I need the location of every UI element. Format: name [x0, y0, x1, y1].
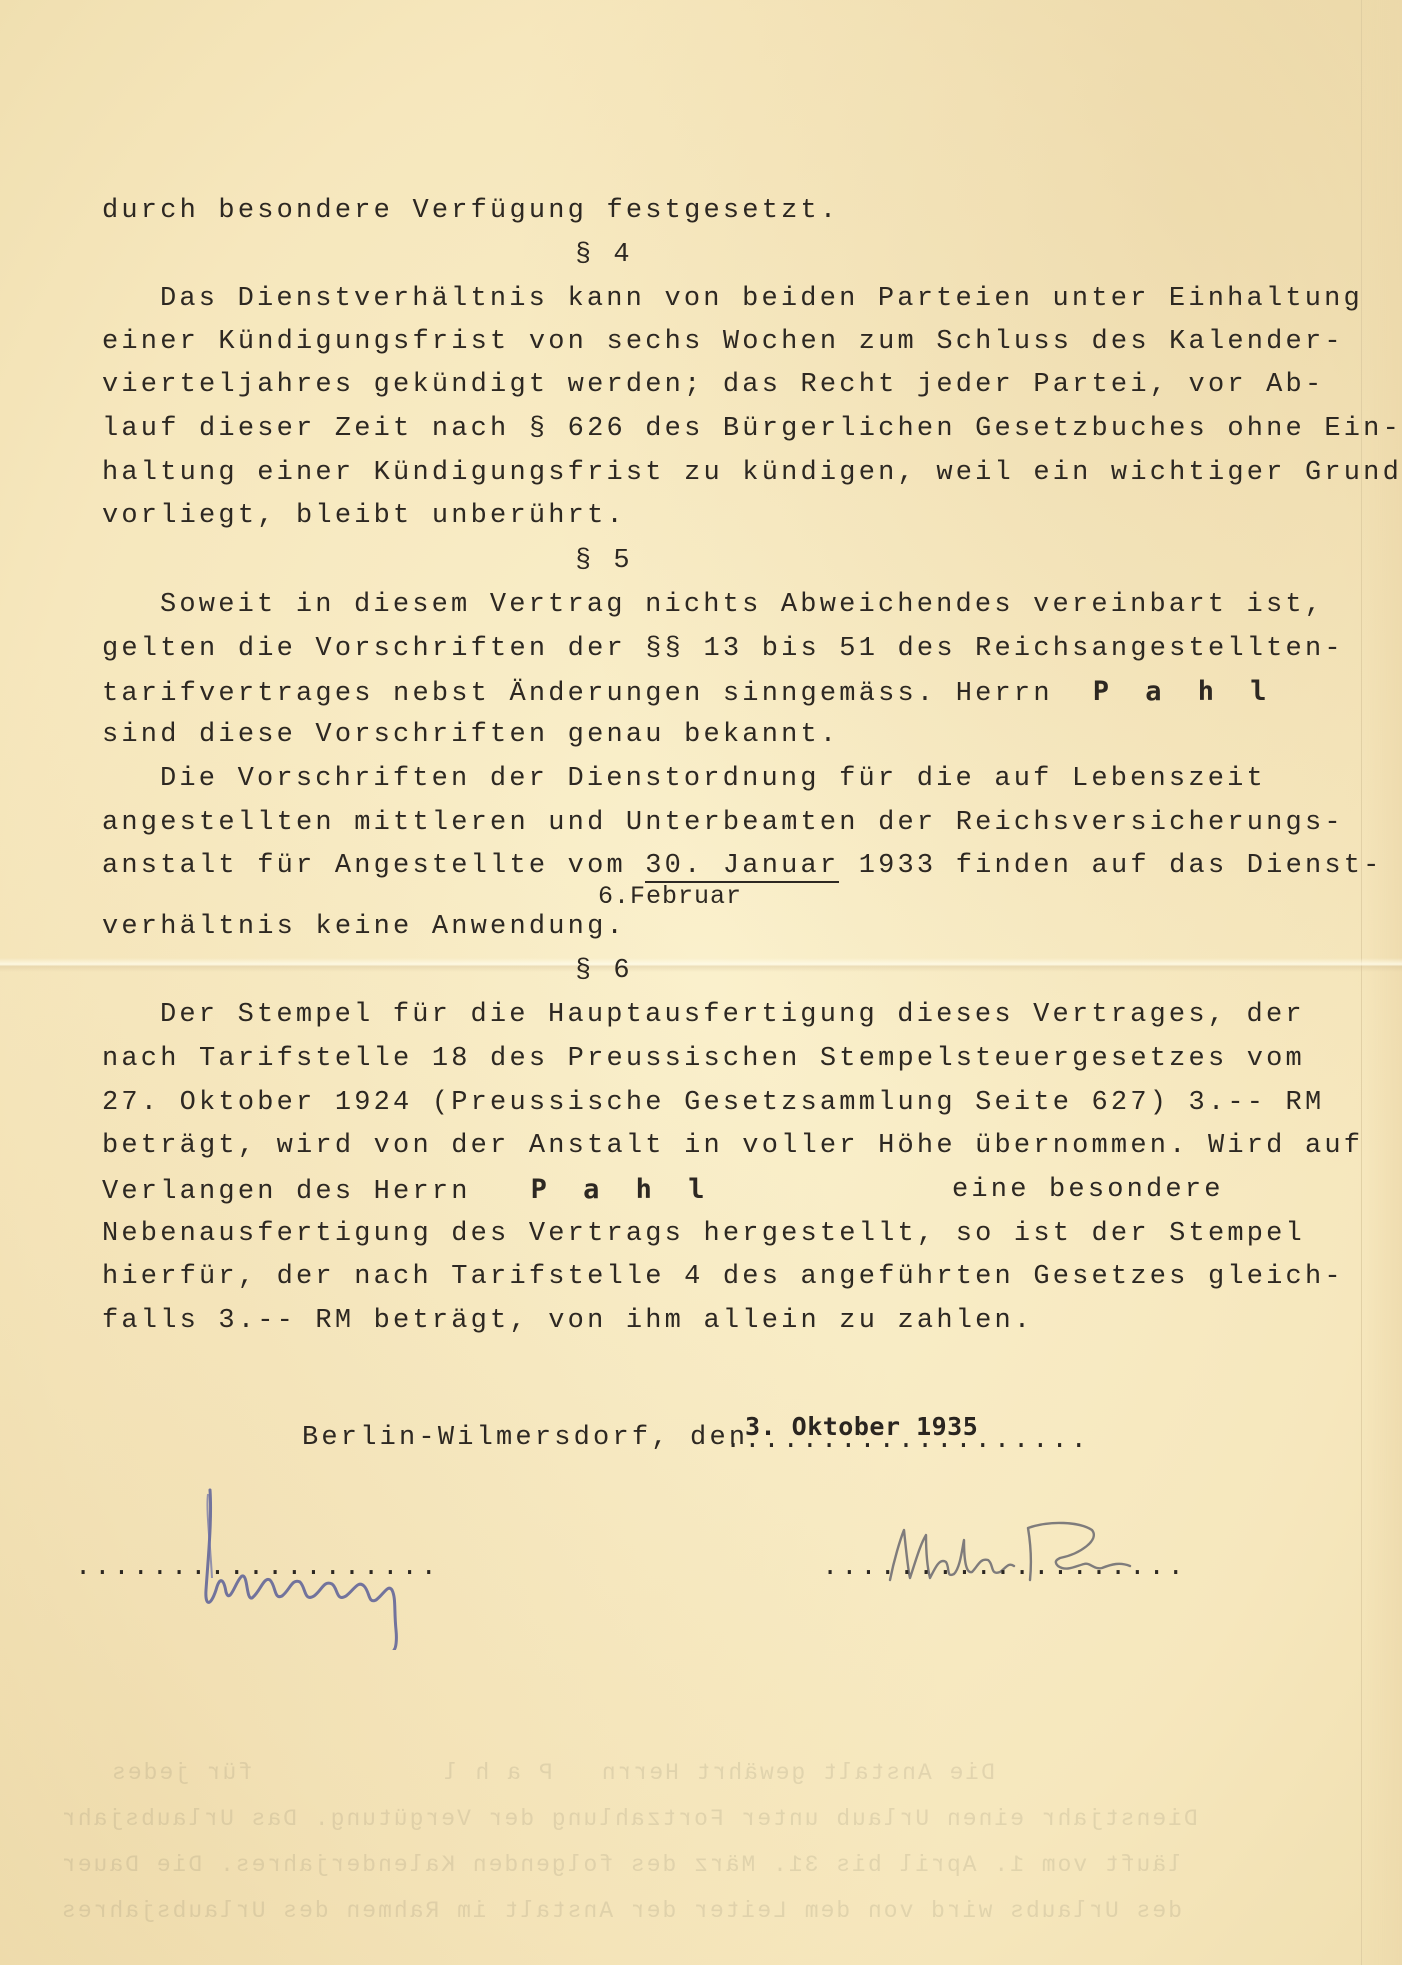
continuation-line: durch besondere Verfügung festgesetzt. [102, 196, 839, 226]
date-correction: 6.Februar [598, 882, 742, 911]
section-6-line-text: Verlangen des Herrn [102, 1177, 471, 1207]
section-5-line: sind diese Vorschriften genau bekannt. [102, 720, 839, 750]
signature-left-dotted-line: ................... [75, 1553, 440, 1583]
section-5-line: angestellten mittleren und Unterbeamten … [102, 808, 1344, 838]
section-6-line: hierfür, der nach Tarifstelle 4 des ange… [102, 1262, 1344, 1292]
section-4-line: einer Kündigungsfrist von sechs Wochen z… [102, 327, 1344, 357]
section-5-line-text: anstalt für Angestellte vom [102, 851, 626, 881]
paper-edge [1361, 0, 1402, 1965]
section-5-line: gelten die Vorschriften der §§ 13 bis 51… [102, 634, 1344, 664]
section-6-line: 27. Oktober 1924 (Preussische Gesetzsamm… [102, 1088, 1324, 1118]
section-5-line: Die Vorschriften der Dienstordnung für d… [160, 764, 1266, 794]
date-value: 3. Oktober 1935 [745, 1412, 978, 1441]
employee-name: P a h l [1093, 676, 1277, 707]
bleed-through-line: des Urlaubs wird von dem Leiter der Anst… [60, 1898, 1182, 1924]
bleed-through-line: Dienstjahr einen Urlaub unter Fortzahlun… [60, 1806, 1198, 1832]
section-6-heading: § 6 [575, 956, 633, 986]
section-6-line: falls 3.-- RM beträgt, von ihm allein zu… [102, 1306, 1033, 1336]
place-label: Berlin-Wilmersdorf, den [302, 1423, 748, 1453]
section-5-line: anstalt für Angestellte vom 30. Januar 1… [102, 851, 1383, 881]
section-4-line: vorliegt, bleibt unberührt. [102, 501, 626, 531]
section-6-line: nach Tarifstelle 18 des Preussischen Ste… [102, 1044, 1305, 1074]
section-5-heading: § 5 [575, 546, 633, 576]
section-6-line: Der Stempel für die Hauptausfertigung di… [160, 1000, 1305, 1030]
section-4-heading: § 4 [575, 240, 633, 270]
section-5-line-text: tarifvertrages nebst Änderungen sinngemä… [102, 679, 1053, 709]
section-6-line: Verlangen des HerrnP a h l [102, 1175, 714, 1207]
section-5-line: Soweit in diesem Vertrag nichts Abweiche… [160, 590, 1324, 620]
paper-fold-crease [0, 958, 1402, 972]
section-6-line-right: eine besondere [952, 1175, 1224, 1205]
bleed-through-line: läuft vom 1. April bis 31. März des folg… [60, 1852, 1182, 1878]
section-4-line: Das Dienstverhältnis kann von beiden Par… [160, 284, 1363, 314]
section-4-line: haltung einer Kündigungsfrist zu kündige… [102, 458, 1402, 488]
employee-name: P a h l [531, 1174, 715, 1205]
section-4-line: vierteljahres gekündigt werden; das Rech… [102, 370, 1324, 400]
struck-date: 30. Januar [645, 851, 839, 883]
section-6-line: Nebenausfertigung des Vertrags hergestel… [102, 1219, 1305, 1249]
bleed-through-line: Die Anstalt gewährt Herrn P a h l für je… [110, 1760, 995, 1786]
section-5-line: verhältnis keine Anwendung. [102, 912, 626, 942]
section-5-line: tarifvertrages nebst Änderungen sinngemä… [102, 677, 1277, 709]
section-4-line: lauf dieser Zeit nach § 626 des Bürgerli… [102, 414, 1402, 444]
signature-right-dotted-line: ................... [822, 1553, 1187, 1583]
date-year-text: 1933 finden auf das Dienst- [839, 851, 1382, 881]
section-6-line: beträgt, wird von der Anstalt in voller … [102, 1131, 1363, 1161]
